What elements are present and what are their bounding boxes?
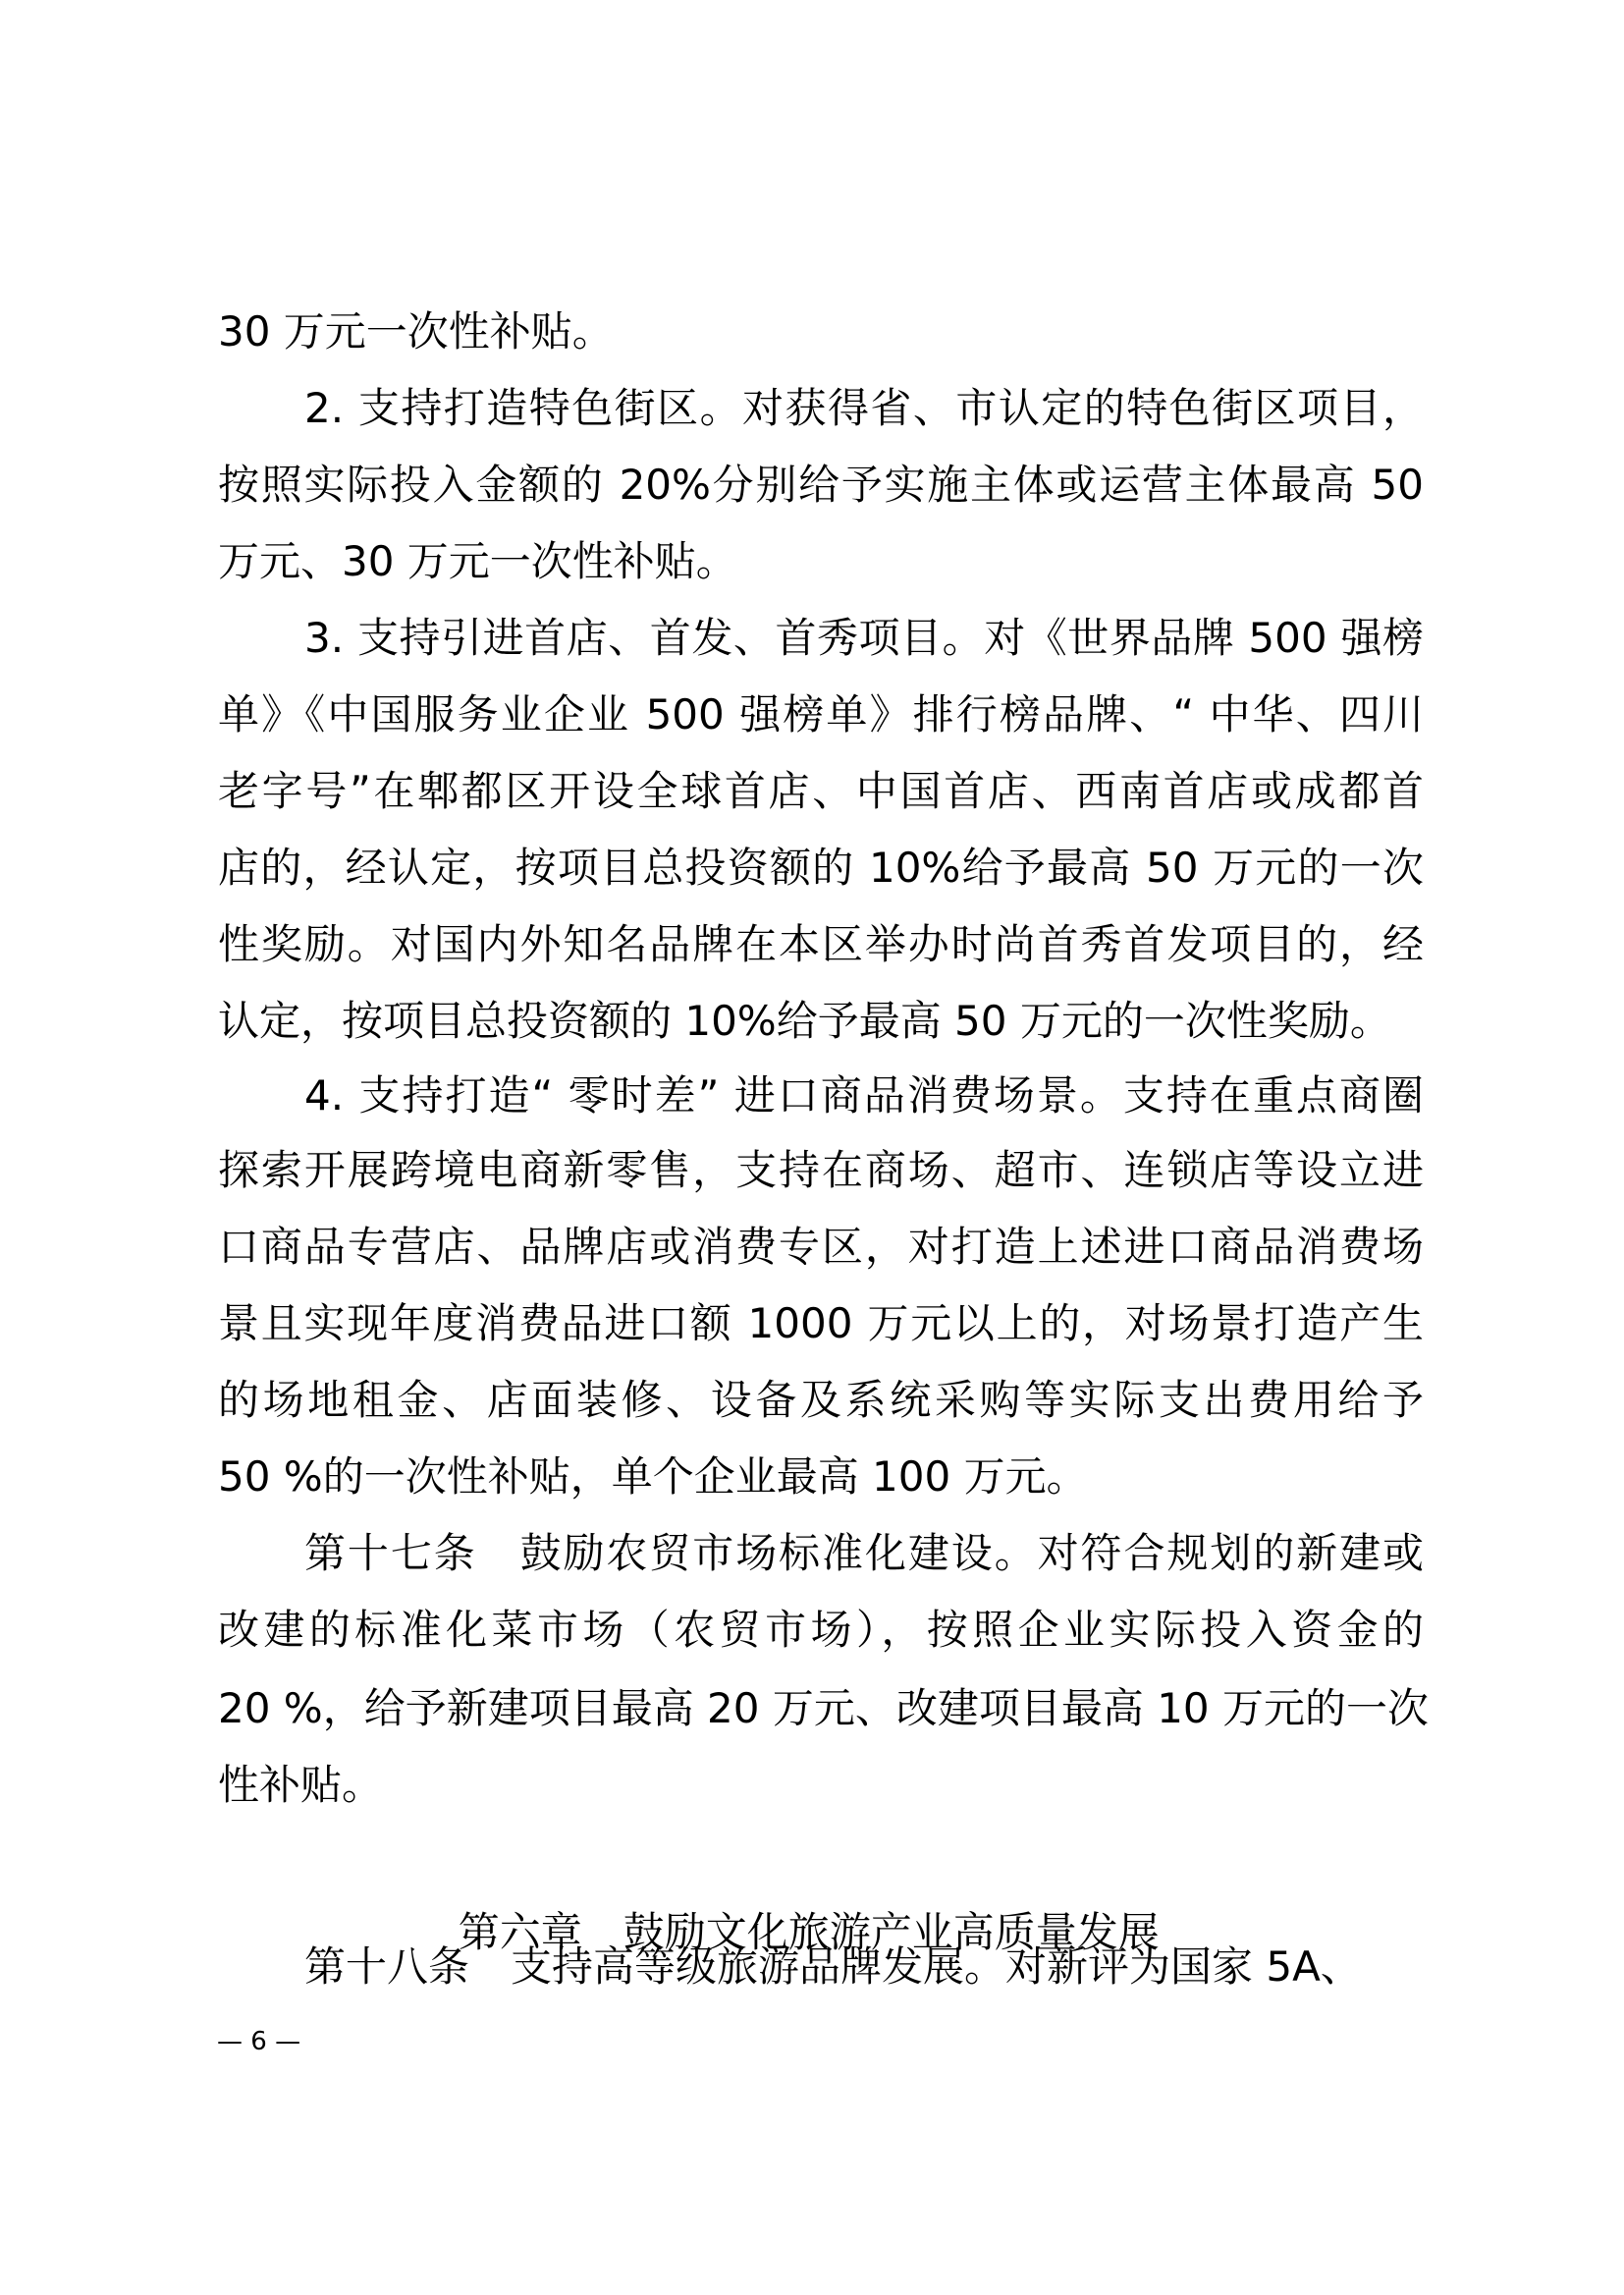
text-line: 性补贴。 xyxy=(218,1756,1424,1815)
text-line: 景且实现年度消费品进口额 1000 万元以上的，对场景打造产生 xyxy=(218,1294,1424,1353)
text-line: 老字号”在郫都区开设全球首店、中国首店、西南首店或成都首 xyxy=(218,762,1424,821)
text-line: 20 %，给予新建项目最高 20 万元、改建项目最高 10 万元的一次 xyxy=(218,1679,1424,1738)
text-line: 30 万元一次性补贴。 xyxy=(218,302,1424,361)
text-line: 4. 支持打造“ 零时差” 进口商品消费场景。支持在重点商圈 xyxy=(304,1066,1424,1125)
text-line: 性奖励。对国内外知名品牌在本区举办时尚首秀首发项目的，经 xyxy=(218,915,1424,974)
text-line: 万元、30 万元一次性补贴。 xyxy=(218,532,1424,591)
text-line: 单》《中国服务业企业 500 强榜单》排行榜品牌、“ 中华、四川 xyxy=(218,685,1424,744)
text-line: 2. 支持打造特色街区。对获得省、市认定的特色街区项目， xyxy=(304,379,1424,438)
text-line: 的场地租金、店面装修、设备及系统采购等实际支出费用给予 xyxy=(218,1371,1424,1430)
text-line: 口商品专营店、品牌店或消费专区，对打造上述进口商品消费场 xyxy=(218,1218,1424,1277)
chapter-title: 第六章 鼓励文化旅游产业高质量发展 xyxy=(0,1844,1624,1903)
text-line: 50 %的一次性补贴，单个企业最高 100 万元。 xyxy=(218,1448,1424,1506)
article-18-heading-line: 第十八条 支持高等级旅游品牌发展。对新评为国家 5A、 xyxy=(304,1938,1424,1996)
page-number: — 6 — xyxy=(217,2027,300,2056)
text-line: 按照实际投入金额的 20%分别给予实施主体或运营主体最高 50 xyxy=(218,456,1424,515)
text-line: 改建的标准化菜市场（农贸市场），按照企业实际投入资金的 xyxy=(218,1601,1424,1660)
text-line: 认定，按项目总投资额的 10%给予最高 50 万元的一次性奖励。 xyxy=(218,992,1424,1051)
text-line: 店的，经认定，按项目总投资额的 10%给予最高 50 万元的一次 xyxy=(218,839,1424,898)
document-page: 30 万元一次性补贴。 2. 支持打造特色街区。对获得省、市认定的特色街区项目，… xyxy=(0,0,1624,2295)
article-17-heading-line: 第十七条 鼓励农贸市场标准化建设。对符合规划的新建或 xyxy=(304,1524,1424,1583)
text-line: 探索开展跨境电商新零售，支持在商场、超市、连锁店等设立进 xyxy=(218,1141,1424,1200)
text-line: 3. 支持引进首店、首发、首秀项目。对《世界品牌 500 强榜 xyxy=(304,609,1424,668)
